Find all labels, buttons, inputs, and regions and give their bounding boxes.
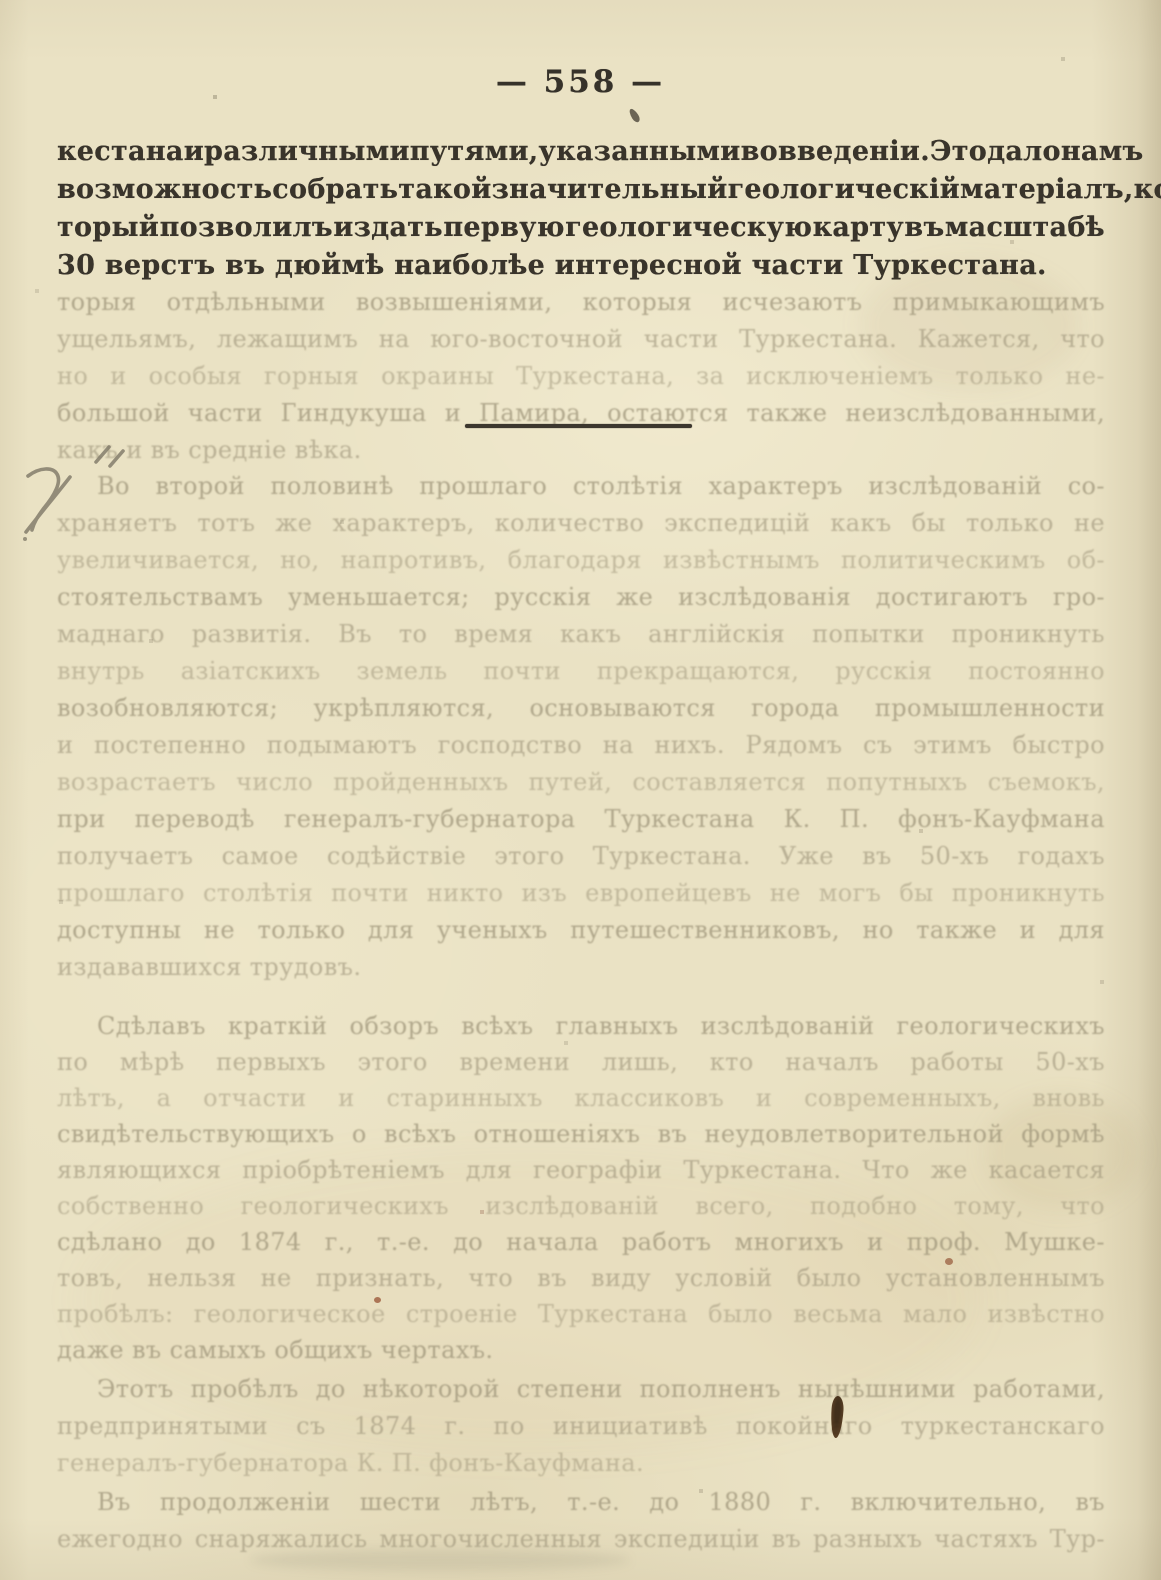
ghost-line: свидѣтельствующихъовсѣхъотношеніяхъвънеу… <box>57 1116 1105 1152</box>
ghost-line: помѣрѣпервыхъэтоговременилишь,ктоначалър… <box>57 1044 1105 1080</box>
rust-speck <box>945 1258 953 1265</box>
ghost-line: ущельямъ,лежащимънаюго-восточнойчастиТур… <box>57 321 1105 358</box>
ink-speck <box>628 107 642 123</box>
ghost-line: пробѣлъ:геологическоестроеніеТуркестанаб… <box>57 1296 1105 1332</box>
paragraph-line: 30 верстъ въ дюймѣ наиболѣе интересной ч… <box>57 247 1105 285</box>
ghost-line: собственногеологическихъизслѣдованійвсег… <box>57 1188 1105 1224</box>
ghost-line: прошлагостолѣтіяпочтиниктоизъевропейцевъ… <box>57 875 1105 912</box>
ghost-line: увеличивается,но,напротивъ,благодаряизвѣ… <box>57 542 1105 579</box>
ghost-line: доступнынетолькодляученыхъпутешественник… <box>57 912 1105 949</box>
ghost-line: маднагоразвитія.Вътовремякакъанглійскіяп… <box>57 616 1105 653</box>
ghost-line: Сдѣлавъкраткійобзоръвсѣхъглавныхъизслѣдо… <box>97 1008 1105 1044</box>
rust-speck <box>374 1297 381 1303</box>
book-page: — 558 — кестанаиразличнымипутями,указанн… <box>0 0 1161 1580</box>
ghost-paragraph: Сдѣлавъкраткійобзоръвсѣхъглавныхъизслѣдо… <box>57 1008 1105 1368</box>
paragraph-line: возможностьсобратьтакойзначительныйгеоло… <box>57 171 1105 209</box>
paper-specks <box>0 0 2 2</box>
ghost-line: внутрьазіатскихъземельпочтипрекращаются,… <box>57 653 1105 690</box>
ghost-line: являющихсяпріобрѣтеніемъдлягеографіиТурк… <box>57 1152 1105 1188</box>
ghost-line: какъ и въ средніе вѣка. <box>57 432 1105 469</box>
ghost-line: Вовторойполовинѣпрошлагостолѣтіяхарактер… <box>97 468 1105 505</box>
paragraph-line: торыйпозволилъиздатьпервуюгеологическуюк… <box>57 209 1105 247</box>
ghost-line: Этотъпробѣлъдонѣкоторойстепенипополненън… <box>97 1371 1105 1408</box>
ghost-line: ипостепенноподымаютъгосподствонанихъ.Ряд… <box>57 727 1105 764</box>
ghost-line: издававшихся трудовъ. <box>57 949 1105 986</box>
ghost-line: припереводѣгенералъ-губернатораТуркестан… <box>57 801 1105 838</box>
ghost-paragraph: торыяотдѣльнымивозвышеніями,которыяисчез… <box>57 284 1105 469</box>
page-number: — 558 — <box>0 64 1161 100</box>
pencil-annotation <box>18 442 150 550</box>
ghost-paragraph: Въпродолженіишестилѣтъ,т.-е.до1880г.вклю… <box>57 1484 1105 1558</box>
ghost-line: возрастаетъчислопройденныхъпутей,составл… <box>57 764 1105 801</box>
ghost-line: храняетътотъжехарактеръ,количествоэкспед… <box>57 505 1105 542</box>
ghost-line: стоятельствамъуменьшается;русскіяжеизслѣ… <box>57 579 1105 616</box>
ghost-paragraph: Этотъпробѣлъдонѣкоторойстепенипополненън… <box>57 1371 1105 1482</box>
ghost-line: получаетъсамоесодѣйствіеэтогоТуркестана.… <box>57 838 1105 875</box>
ghost-line: предпринятымисъ1874г.поинициативѣпокойна… <box>57 1408 1105 1445</box>
paper-smudge <box>250 1549 630 1571</box>
ghost-paragraph: Вовторойполовинѣпрошлагостолѣтіяхарактер… <box>57 468 1105 986</box>
ghost-line: ноиособыягорныяокраиныТуркестана,заисклю… <box>57 358 1105 395</box>
ghost-line: товъ,нельзянепризнать,чтовъвидуусловійбы… <box>57 1260 1105 1296</box>
ghost-line: даже въ самыхъ общихъ чертахъ. <box>57 1332 1105 1368</box>
ghost-line: генералъ-губернатора К. П. фонъ-Кауфмана… <box>57 1445 1105 1482</box>
ghost-line: Въпродолженіишестилѣтъ,т.-е.до1880г.вклю… <box>97 1484 1105 1521</box>
main-paragraph: кестанаиразличнымипутями,указаннымивовве… <box>57 133 1105 285</box>
section-divider-rule <box>465 424 692 428</box>
ghost-line: торыяотдѣльнымивозвышеніями,которыяисчез… <box>57 284 1105 321</box>
ghost-line: возобновляются;укрѣпляются,основываютсяг… <box>57 690 1105 727</box>
ghost-line: сдѣланодо1874г.,т.-е.доначалаработъмноги… <box>57 1224 1105 1260</box>
ghost-line: лѣтъ,аотчастиистаринныхъклассиковъисовре… <box>57 1080 1105 1116</box>
paragraph-line: кестанаиразличнымипутями,указаннымивовве… <box>57 133 1105 171</box>
